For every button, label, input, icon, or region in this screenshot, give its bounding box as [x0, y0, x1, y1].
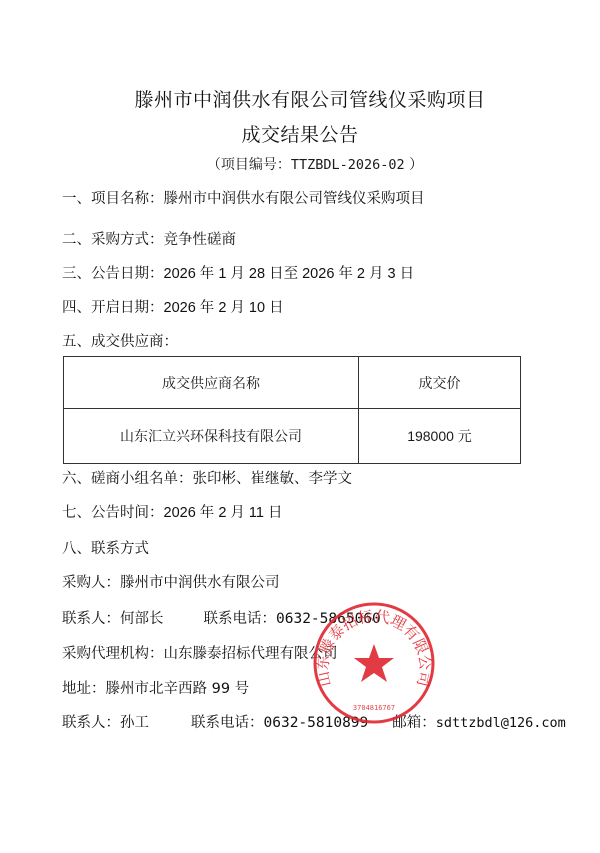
agency-line: 采购代理机构：山东滕泰招标代理有限公司	[62, 642, 338, 663]
section-label: 七、公告时间：	[62, 505, 164, 521]
phone-label: 联系电话：	[204, 611, 277, 627]
section-opening-date: 四、开启日期：2026 年 2 月 10 日	[62, 296, 284, 317]
table-header-row: 成交供应商名称 成交价	[64, 357, 521, 409]
section-contact: 八、联系方式	[62, 537, 149, 558]
section-value: 2026 年 2 月 10 日	[164, 300, 284, 316]
contact-name: 何部长	[120, 611, 164, 627]
section-label: 二、采购方式：	[62, 232, 164, 248]
section-label: 一、项目名称：	[62, 191, 164, 207]
email-label: 邮箱：	[392, 715, 436, 731]
table-row: 山东汇立兴环保科技有限公司 198000 元	[64, 409, 521, 464]
section-label: 六、磋商小组名单：	[62, 471, 193, 487]
purchaser-contact-line: 联系人：何部长联系电话：0632-5865060	[62, 607, 381, 628]
contact-label: 联系人：	[62, 715, 120, 731]
project-number-label: （项目编号：	[207, 157, 291, 173]
supplier-price: 198000 元	[359, 409, 521, 464]
header-supplier-name: 成交供应商名称	[64, 357, 359, 409]
section-value: 2026 年 2 月 11 日	[164, 505, 283, 521]
purchaser-label: 采购人：	[62, 575, 120, 591]
phone-label: 联系电话：	[191, 715, 264, 731]
header-price: 成交价	[359, 357, 521, 409]
phone-value: 0632-5810899	[264, 715, 369, 731]
phone-value: 0632-5865060	[276, 611, 381, 627]
star-icon	[354, 644, 394, 682]
address-label: 地址：	[62, 681, 106, 697]
project-number: （项目编号：TTZBDL-2026-02 ）	[0, 154, 600, 174]
section-value: 滕州市中润供水有限公司管线仪采购项目	[164, 191, 425, 207]
document-subtitle: 成交结果公告	[0, 120, 600, 147]
agency-contact-line: 联系人：孙工联系电话：0632-5810899邮箱：sdttzbdl@126.c…	[62, 711, 566, 732]
project-number-value: TTZBDL-2026-02	[291, 157, 405, 173]
purchaser-line: 采购人：滕州市中润供水有限公司	[62, 571, 280, 592]
project-number-close: ）	[405, 157, 423, 173]
purchaser-value: 滕州市中润供水有限公司	[120, 575, 280, 591]
section-label: 八、联系方式	[62, 541, 149, 557]
section-panel-members: 六、磋商小组名单：张印彬、崔继敏、李学文	[62, 467, 352, 488]
section-announcement-time: 七、公告时间：2026 年 2 月 11 日	[62, 501, 283, 522]
supplier-table: 成交供应商名称 成交价 山东汇立兴环保科技有限公司 198000 元	[63, 356, 521, 464]
document-title: 滕州市中润供水有限公司管线仪采购项目	[0, 85, 600, 112]
agency-value: 山东滕泰招标代理有限公司	[164, 646, 338, 662]
email-value: sdttzbdl@126.com	[436, 715, 566, 731]
section-winning-supplier: 五、成交供应商：	[62, 330, 178, 351]
section-label: 三、公告日期：	[62, 266, 164, 282]
section-label: 四、开启日期：	[62, 300, 164, 316]
section-announcement-date: 三、公告日期：2026 年 1 月 28 日至 2026 年 2 月 3 日	[62, 262, 414, 283]
address-line: 地址：滕州市北辛西路 99 号	[62, 677, 249, 698]
section-value: 竞争性磋商	[164, 232, 237, 248]
supplier-name: 山东汇立兴环保科技有限公司	[64, 409, 359, 464]
section-project-name: 一、项目名称：滕州市中润供水有限公司管线仪采购项目	[62, 187, 425, 208]
section-value: 2026 年 1 月 28 日至 2026 年 2 月 3 日	[164, 266, 415, 282]
address-value: 滕州市北辛西路 99 号	[106, 681, 250, 697]
contact-name: 孙工	[120, 715, 149, 731]
agency-label: 采购代理机构：	[62, 646, 164, 662]
contact-label: 联系人：	[62, 611, 120, 627]
section-procurement-method: 二、采购方式：竞争性磋商	[62, 228, 236, 249]
section-value: 张印彬、崔继敏、李学文	[193, 471, 353, 487]
section-label: 五、成交供应商：	[62, 334, 178, 350]
